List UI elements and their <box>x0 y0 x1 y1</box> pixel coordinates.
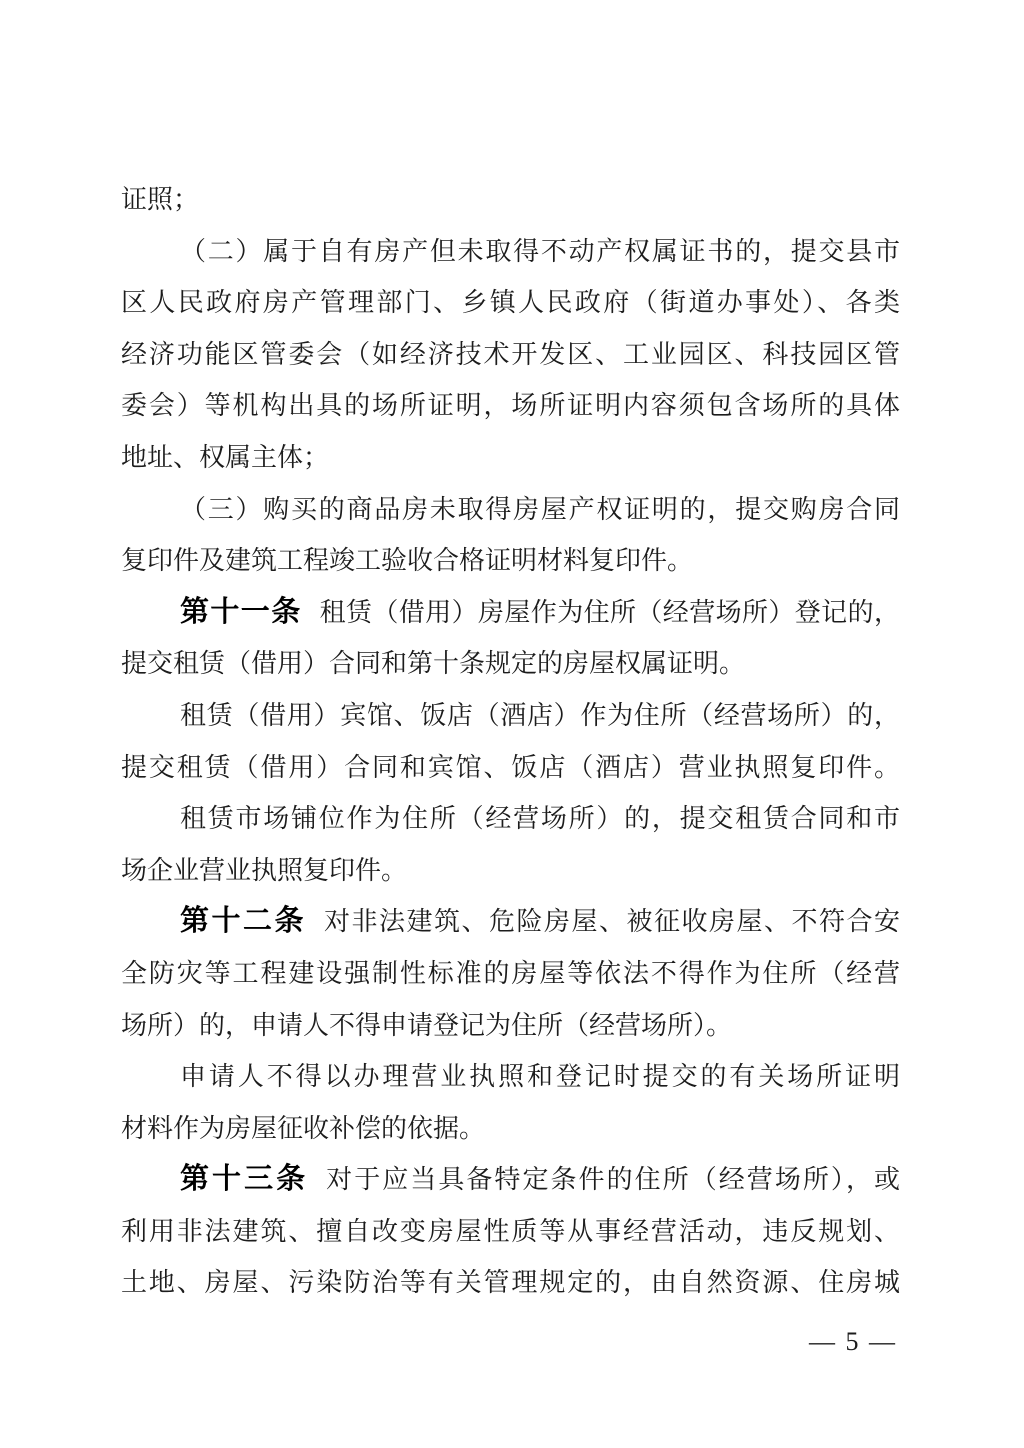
page-number: — 5 — <box>809 1326 897 1358</box>
text-line: 利用非法建筑、擅自改变房屋性质等从事经营活动，违反规划、 <box>121 1206 900 1258</box>
article-number: 第十二条 <box>180 905 306 937</box>
text-line: 复印件及建筑工程竣工验收合格证明材料复印件。 <box>121 535 900 587</box>
text-line: 第十一条租赁（借用）房屋作为住所（经营场所）登记的， <box>121 587 900 639</box>
text-line: （三）购买的商品房未取得房屋产权证明的，提交购房合同 <box>121 484 900 536</box>
text-line: 材料作为房屋征收补偿的依据。 <box>121 1103 900 1155</box>
paragraph: 证照； <box>121 174 900 226</box>
text-line: 租赁（借用）宾馆、饭店（酒店）作为住所（经营场所）的， <box>121 690 900 742</box>
text-line: 申请人不得以办理营业执照和登记时提交的有关场所证明 <box>121 1051 900 1103</box>
article-number: 第十一条 <box>180 596 302 628</box>
paragraph: 租赁市场铺位作为住所（经营场所）的，提交租赁合同和市场企业营业执照复印件。 <box>121 793 900 896</box>
line-text: 对非法建筑、危险房屋、被征收房屋、不符合安 <box>324 907 900 936</box>
paragraph: 第十一条租赁（借用）房屋作为住所（经营场所）登记的，提交租赁（借用）合同和第十条… <box>121 587 900 690</box>
paragraph: 第十三条对于应当具备特定条件的住所（经营场所），或利用非法建筑、擅自改变房屋性质… <box>121 1154 900 1309</box>
text-line: 经济功能区管委会（如经济技术开发区、工业园区、科技园区管 <box>121 329 900 381</box>
article-number: 第十三条 <box>180 1163 308 1195</box>
text-line: 证照； <box>121 174 900 226</box>
text-line: 地址、权属主体； <box>121 432 900 484</box>
line-text: 对于应当具备特定条件的住所（经营场所），或 <box>326 1165 900 1194</box>
paragraph: （二）属于自有房产但未取得不动产权属证书的，提交县市区人民政府房产管理部门、乡镇… <box>121 226 900 484</box>
document-body: 证照；（二）属于自有房产但未取得不动产权属证书的，提交县市区人民政府房产管理部门… <box>121 174 900 1309</box>
paragraph: （三）购买的商品房未取得房屋产权证明的，提交购房合同复印件及建筑工程竣工验收合格… <box>121 484 900 587</box>
text-line: 提交租赁（借用）合同和宾馆、饭店（酒店）营业执照复印件。 <box>121 742 900 794</box>
text-line: 土地、房屋、污染防治等有关管理规定的，由自然资源、住房城 <box>121 1257 900 1309</box>
text-line: （二）属于自有房产但未取得不动产权属证书的，提交县市 <box>121 226 900 278</box>
text-line: 场企业营业执照复印件。 <box>121 845 900 897</box>
paragraph: 第十二条对非法建筑、危险房屋、被征收房屋、不符合安全防灾等工程建设强制性标准的房… <box>121 896 900 1051</box>
text-line: 提交租赁（借用）合同和第十条规定的房屋权属证明。 <box>121 638 900 690</box>
text-line: 第十二条对非法建筑、危险房屋、被征收房屋、不符合安 <box>121 896 900 948</box>
text-line: 租赁市场铺位作为住所（经营场所）的，提交租赁合同和市 <box>121 793 900 845</box>
document-page: 证照；（二）属于自有房产但未取得不动产权属证书的，提交县市区人民政府房产管理部门… <box>0 0 1024 1448</box>
text-line: 委会）等机构出具的场所证明，场所证明内容须包含场所的具体 <box>121 380 900 432</box>
line-text: 租赁（借用）房屋作为住所（经营场所）登记的， <box>320 598 900 627</box>
paragraph: 申请人不得以办理营业执照和登记时提交的有关场所证明材料作为房屋征收补偿的依据。 <box>121 1051 900 1154</box>
paragraph: 租赁（借用）宾馆、饭店（酒店）作为住所（经营场所）的，提交租赁（借用）合同和宾馆… <box>121 690 900 793</box>
text-line: 区人民政府房产管理部门、乡镇人民政府（街道办事处）、各类 <box>121 277 900 329</box>
text-line: 全防灾等工程建设强制性标准的房屋等依法不得作为住所（经营 <box>121 948 900 1000</box>
text-line: 场所）的，申请人不得申请登记为住所（经营场所）。 <box>121 1000 900 1052</box>
text-line: 第十三条对于应当具备特定条件的住所（经营场所），或 <box>121 1154 900 1206</box>
